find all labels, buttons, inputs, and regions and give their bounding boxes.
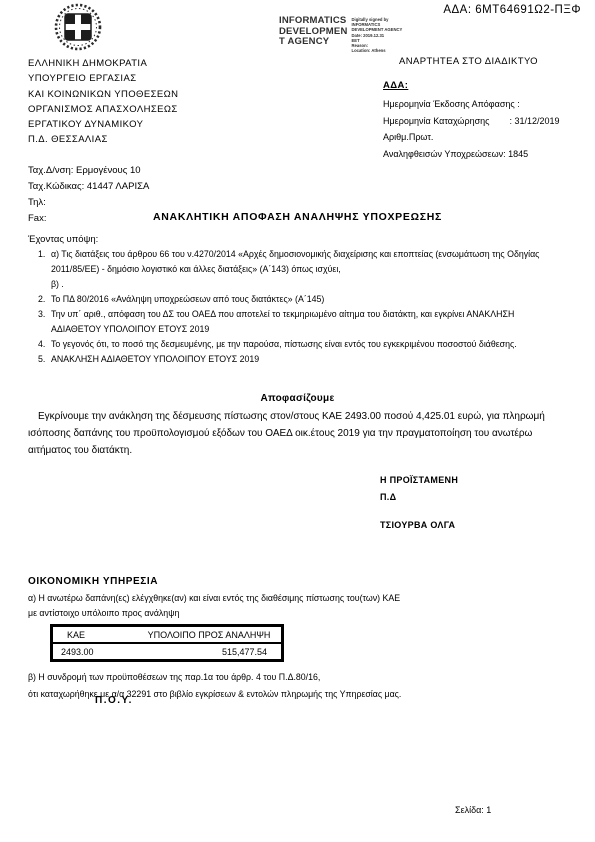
finance-section: ΟΙΚΟΝΟΜΙΚΗ ΥΠΗΡΕΣΙΑ α) Η ανωτέρω δαπάνη(… [28, 576, 568, 702]
page-number: Σελίδα: 1 [455, 805, 491, 815]
table-header-kae: ΚΑΕ [52, 626, 138, 644]
table-row: 2493.00 515,477.54 [52, 643, 283, 661]
org-line: ΕΡΓΑΤΙΚΟΥ ΔΥΝΑΜΙΚΟΥ [28, 117, 178, 132]
list-item: 5. ΑΝΑΚΛΗΣΗ ΑΔΙΑΘΕΤΟΥ ΥΠΟΛΟΙΠΟΥ ΕΤΟΥΣ 20… [38, 352, 563, 367]
poy-label: Π.Ο.Υ. [95, 695, 133, 706]
list-item-text: Το γεγονός ότι, το ποσό της δεσμευμένης,… [51, 339, 517, 349]
list-item: 1. α) Τις διατάξεις του άρθρου 66 του ν.… [38, 247, 563, 292]
org-line: ΚΑΙ ΚΟΙΝΩΝΙΚΩΝ ΥΠΟΘΕΣΕΩΝ [28, 87, 178, 102]
contact-line: Τηλ: [28, 195, 149, 211]
list-item-text: Το ΠΔ 80/2016 «Ανάληψη υποχρεώσεων από τ… [51, 294, 324, 304]
list-item-number: 2. [38, 292, 45, 307]
table-header-balance: ΥΠΟΛΟΙΠΟ ΠΡΟΣ ΑΝΑΛΗΨΗ [137, 626, 283, 644]
signatory-unit: Π.Δ [380, 489, 458, 506]
list-item-number: 1. [38, 247, 45, 262]
decision-body: Εγκρίνουμε την ανάκληση της δέσμευσης πί… [28, 408, 560, 459]
greek-coat-of-arms-icon [44, 2, 116, 52]
signatory-block: Η ΠΡΟΪΣΤΑΜΕΝΗ Π.Δ ΤΣΙΟΥΡΒΑ ΟΛΓΑ [380, 472, 458, 534]
table-cell-balance: 515,477.54 [137, 643, 283, 661]
list-item-text: Την υπ΄ αριθ., απόφαση του ΔΣ του ΟΑΕΔ π… [51, 309, 514, 334]
anartitea-label: ΑΝΑΡΤΗΤΕΑ ΣΤΟ ΔΙΑΔΙΚΤΥΟ [399, 56, 583, 67]
list-item-text: α) Τις διατάξεις του άρθρου 66 του ν.427… [51, 249, 539, 289]
considerations-heading: Έχοντας υπόψη: [28, 234, 98, 245]
decision-heading: Αποφασίζουμε [0, 393, 595, 404]
table-cell-kae: 2493.00 [52, 643, 138, 661]
table-header-row: ΚΑΕ ΥΠΟΛΟΙΠΟ ΠΡΟΣ ΑΝΑΛΗΨΗ [52, 626, 283, 644]
signature-details-text: Digitally signed by INFORMATICS DEVELOPM… [352, 17, 403, 53]
ada-code: ΑΔΑ: 6ΜΤ64691Ω2-ΠΞΦ [443, 4, 581, 16]
considerations-list: 1. α) Τις διατάξεις του άρθρου 66 του ν.… [38, 247, 563, 367]
ada-label: ΑΔΑ: [383, 80, 583, 91]
signature-agency-text: INFORMATICS DEVELOPMEN T AGENCY [279, 16, 348, 48]
finance-note-a: α) Η ανωτέρω δαπάνη(ες) ελέγχθηκε(αν) κα… [28, 591, 408, 621]
list-item: 3. Την υπ΄ αριθ., απόφαση του ΔΣ του ΟΑΕ… [38, 307, 563, 337]
document-title: ΑΝΑΚΛΗΤΙΚΗ ΑΠΟΦΑΣΗ ΑΝΑΛΗΨΗΣ ΥΠΟΧΡΕΩΣΗΣ [0, 211, 595, 223]
list-item-number: 3. [38, 307, 45, 322]
contact-line: Ταχ.Δ/νση: Ερμογένους 10 [28, 163, 149, 179]
org-line: ΥΠΟΥΡΓΕΙΟ ΕΡΓΑΣΙΑΣ [28, 71, 178, 86]
list-item-number: 5. [38, 352, 45, 367]
org-line: ΕΛΛΗΝΙΚΗ ΔΗΜΟΚΡΑΤΙΑ [28, 56, 178, 71]
org-line: Π.Δ. ΘΕΣΣΑΛΙΑΣ [28, 132, 178, 147]
metadata-lines: Ημερομηνία Έκδοσης Απόφασης : Ημερομηνία… [383, 96, 583, 162]
signatory-name: ΤΣΙΟΥΡΒΑ ΟΛΓΑ [380, 517, 458, 534]
contact-line: Ταχ.Κώδικας: 41447 ΛΑΡΙΣΑ [28, 179, 149, 195]
org-line: ΟΡΓΑΝΙΣΜΟΣ ΑΠΑΣΧΟΛΗΣΕΩΣ [28, 102, 178, 117]
list-item-text: ΑΝΑΚΛΗΣΗ ΑΔΙΑΘΕΤΟΥ ΥΠΟΛΟΙΠΟΥ ΕΤΟΥΣ 2019 [51, 354, 259, 364]
document-page: INFORMATICS DEVELOPMEN T AGENCY Digitall… [0, 0, 595, 842]
digital-signature-stamp: INFORMATICS DEVELOPMEN T AGENCY Digitall… [279, 16, 402, 53]
signatory-role: Η ΠΡΟΪΣΤΑΜΕΝΗ [380, 472, 458, 489]
kae-balance-table: ΚΑΕ ΥΠΟΛΟΙΠΟ ΠΡΟΣ ΑΝΑΛΗΨΗ 2493.00 515,47… [50, 624, 284, 662]
finance-heading: ΟΙΚΟΝΟΜΙΚΗ ΥΠΗΡΕΣΙΑ [28, 576, 568, 587]
list-item: 2. Το ΠΔ 80/2016 «Ανάληψη υποχρεώσεων απ… [38, 292, 563, 307]
list-item: 4. Το γεγονός ότι, το ποσό της δεσμευμέν… [38, 337, 563, 352]
list-item-number: 4. [38, 337, 45, 352]
organization-block: ΕΛΛΗΝΙΚΗ ΔΗΜΟΚΡΑΤΙΑ ΥΠΟΥΡΓΕΙΟ ΕΡΓΑΣΙΑΣ Κ… [28, 56, 178, 148]
metadata-block: ΑΝΑΡΤΗΤΕΑ ΣΤΟ ΔΙΑΔΙΚΤΥΟ ΑΔΑ: Ημερομηνία … [383, 56, 583, 162]
